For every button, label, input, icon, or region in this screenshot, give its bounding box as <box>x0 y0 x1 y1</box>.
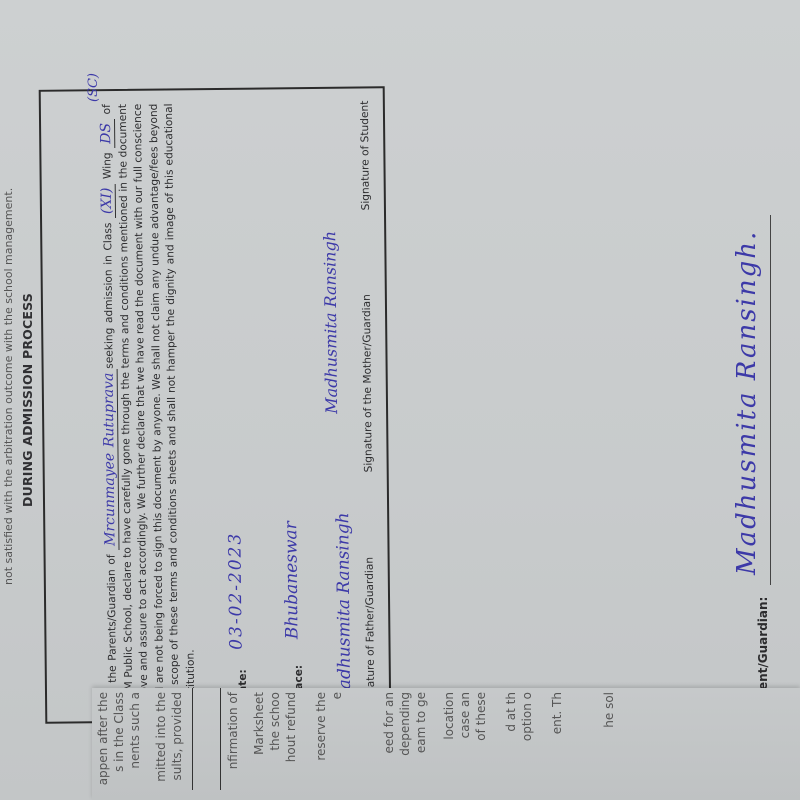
table-line <box>220 688 221 790</box>
underlying-text: reserve the <box>314 692 328 761</box>
father-signature[interactable]: Madhusmita Ransingh <box>333 512 355 706</box>
underlying-text: mitted into the <box>154 692 168 782</box>
underlying-text: e <box>330 692 344 699</box>
underlying-text: he sol <box>602 692 616 728</box>
underlying-text: depending <box>398 692 412 756</box>
underlying-text: of these <box>474 692 488 741</box>
underlying-text: nents such a <box>128 692 142 769</box>
underlying-text: sults, provided <box>170 692 184 780</box>
underlying-page: appen after the s in the Class nents suc… <box>92 688 800 800</box>
decl-text-3: Wing <box>101 152 113 179</box>
student-name-field[interactable]: Mrcunmayee Rutuprava <box>101 369 120 550</box>
underlying-text: the schoo <box>268 692 282 751</box>
underlying-text: option o <box>520 692 534 741</box>
underlying-text: case an <box>458 692 472 738</box>
parent-signature[interactable]: Madhusmita Ransingh. <box>732 230 762 575</box>
declaration-text: We, the Parents/Guardian of Mrcunmayee R… <box>99 103 199 707</box>
parent-signature-line <box>770 215 771 585</box>
class-stream-note: (SC) <box>86 73 101 102</box>
underlying-text: hout refund <box>284 692 298 762</box>
underlying-text: appen after the <box>96 692 110 785</box>
underlying-text: s in the Class <box>112 692 126 772</box>
table-line <box>192 688 193 790</box>
wing-field[interactable]: DS <box>98 119 115 148</box>
student-signature-label: Signature of Student <box>359 101 372 211</box>
document-page: not satisfied with the arbitration outco… <box>0 0 800 800</box>
underlying-text: ent. Th <box>550 692 564 734</box>
decl-text-1: We, the Parents/Guardian of <box>106 554 120 707</box>
declaration-box: We, the Parents/Guardian of Mrcunmayee R… <box>39 86 392 724</box>
decl-text-2: seeking admission in Class <box>102 223 116 369</box>
underlying-text: eed for an <box>382 692 396 753</box>
mother-signature[interactable]: Madhusmita Ransingh <box>320 231 341 414</box>
underlying-text: nfirmation of <box>226 692 240 769</box>
place-field[interactable]: Bhubaneswar <box>281 521 302 639</box>
underlying-text: location <box>442 692 456 740</box>
date-field[interactable]: 03-02-2023 <box>225 532 246 650</box>
mother-signature-label: Signature of the Mother/Guardian <box>361 294 375 472</box>
previous-section-line: not satisfied with the arbitration outco… <box>2 188 15 585</box>
class-field[interactable]: (XI) <box>99 184 116 219</box>
underlying-text: eam to ge <box>414 692 428 753</box>
underlying-text: Marksheet <box>252 692 266 755</box>
underlying-text: d at th <box>504 692 518 732</box>
section-heading: DURING ADMISSION PROCESS <box>20 0 35 800</box>
